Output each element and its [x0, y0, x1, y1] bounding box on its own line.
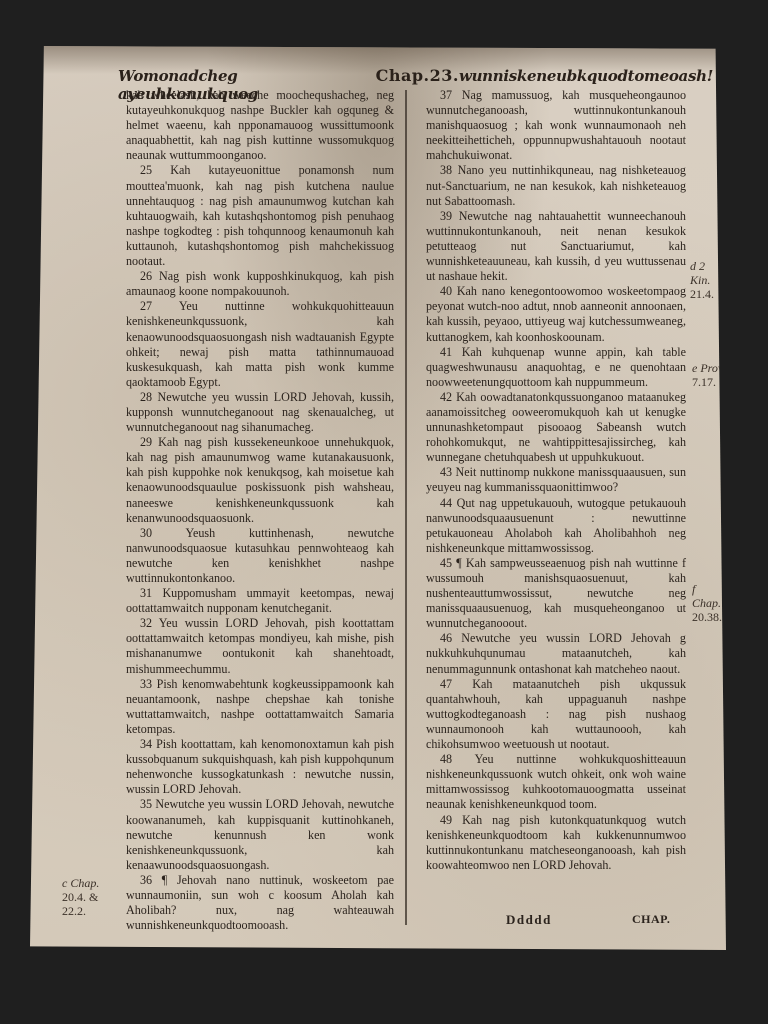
column-rule	[405, 90, 407, 925]
verse-number: 33	[140, 677, 152, 691]
verse: 35 Newutche yeu wussin LORD Jehovah, new…	[126, 797, 394, 872]
verse-text: Yeu nuttinne wohkukquoshitteauun nishken…	[426, 752, 686, 811]
verse-number: 38	[440, 163, 452, 177]
verse: 43 Neit nuttinomp nukkone manissquaausue…	[426, 465, 686, 495]
page-header: Womonadcheg ayeuhkonukquog Chap.23. wunn…	[118, 66, 713, 90]
verse: 37 Nag mamussuog, kah musqueheongaunoo w…	[426, 88, 686, 163]
left-column: kah wheelash, kah weeche moochequshacheg…	[126, 88, 394, 933]
verse-number: 37	[440, 88, 452, 102]
verse-text: Qut nag uppetukauouh, wutogque petukauou…	[426, 496, 686, 555]
verse-text: Newutche yeu wussin LORD Jehovah, newutc…	[126, 797, 394, 871]
verse: 30 Yeush kuttinhenash, newutche nanwunoo…	[126, 526, 394, 586]
verse-number: 41	[440, 345, 452, 359]
book-page: Womonadcheg ayeuhkonukquog Chap.23. wunn…	[30, 46, 726, 950]
verse-text: Neit nuttinomp nukkone manissquaausuen, …	[426, 465, 686, 494]
verse: 39 Newutche nag nahtauahettit wunneechan…	[426, 209, 686, 284]
verse-text: Yeu nuttinne wohkukquohitteauun kenishke…	[126, 299, 394, 388]
verse-number: 45	[440, 556, 452, 570]
verse: 29 Kah nag pish kussekeneunkooe unnehukq…	[126, 435, 394, 526]
verse: 47 Kah mataanutcheh pish ukqussuk quanta…	[426, 677, 686, 752]
verse-text: Kah nag pish kussekeneunkooe unnehukquok…	[126, 435, 394, 524]
verse-number: 30	[140, 526, 152, 540]
verse-number: 40	[440, 284, 452, 298]
verse-number: 47	[440, 677, 452, 691]
verse-text: Newutche nag nahtauahettit wunneechanouh…	[426, 209, 686, 283]
verse-number: 28	[140, 390, 152, 404]
verse-number: 49	[440, 813, 452, 827]
verse: 28 Newutche yeu wussin LORD Jehovah, kus…	[126, 390, 394, 435]
verse: 49 Kah nag pish kutonkquatunkquog wutch …	[426, 813, 686, 873]
verse-text: Newutche yeu wussin LORD Jehovah, kussih…	[126, 390, 394, 434]
verse-number: 42	[440, 390, 452, 404]
verse-text: Kah mataanutcheh pish ukqussuk quantahwh…	[426, 677, 686, 751]
verse: 32 Yeu wussin LORD Jehovah, pish koottat…	[126, 616, 394, 676]
verse-text: Kah oowadtanatonkqussuonganoo mataanukeg…	[426, 390, 686, 464]
verse-text: Yeush kuttinhenash, newutche nanwunoodsq…	[126, 526, 394, 585]
margin-note-e: e Prov. 7.17.	[692, 361, 725, 389]
verse-text: Nag mamussuog, kah musqueheongaunoo wunn…	[426, 88, 686, 162]
pilcrow-icon: ¶	[162, 873, 177, 887]
verse-number: 35	[140, 797, 152, 811]
verse: kah wheelash, kah weeche moochequshacheg…	[126, 88, 394, 163]
verse-number: 43	[440, 465, 452, 479]
verse: 38 Nano yeu nuttinhikquneau, nag nishket…	[426, 163, 686, 208]
verse-number: 31	[140, 586, 152, 600]
verse-text: Pish kenomwabehtunk kogkeussippamoonk ka…	[126, 677, 394, 736]
verse-text: Kah kuhquenap wunne appin, kah table qua…	[426, 345, 686, 389]
margin-note-c: c Chap. 20.4. & 22.2.	[62, 876, 122, 918]
verse: 46 Newutche yeu wussin LORD Jehovah g nu…	[426, 631, 686, 676]
verse: 25 Kah kutayeuonittue ponamonsh num mout…	[126, 163, 394, 269]
margin-note-f: f Chap. 20.38.	[692, 582, 726, 624]
verse-text: kah wheelash, kah weeche moochequshacheg…	[126, 88, 394, 162]
verse: 44 Qut nag uppetukauouh, wutogque petuka…	[426, 496, 686, 556]
verse: 31 Kuppomusham ummayit keetompas, newaj …	[126, 586, 394, 616]
verse: 27 Yeu nuttinne wohkukquohitteauun kenis…	[126, 299, 394, 390]
verse-number: 46	[440, 631, 452, 645]
verse-text: Nag pish wonk kupposhkinukquog, kah pish…	[126, 269, 394, 298]
verse: 48 Yeu nuttinne wohkukquoshitteauun nish…	[426, 752, 686, 812]
margin-note-d: d 2 Kin. 21.4.	[690, 259, 726, 301]
running-title-right: wunniskeneubkquodtomeoash!	[459, 67, 713, 85]
catchword: CHAP.	[632, 912, 670, 927]
verse: 45 ¶ Kah sampweusseaenuog pish nah wutti…	[426, 556, 686, 631]
verse-text: Kah kutayeuonittue ponamonsh num mouttea…	[126, 163, 394, 268]
right-column: 37 Nag mamussuog, kah musqueheongaunoo w…	[426, 88, 686, 873]
verse-text: Kah sampweusseaenuog pish nah wuttinne f…	[426, 556, 686, 630]
verse: 26 Nag pish wonk kupposhkinukquog, kah p…	[126, 269, 394, 299]
verse-text: Newutche yeu wussin LORD Jehovah g nukku…	[426, 631, 686, 675]
verse-number: 26	[140, 269, 152, 283]
verse: 41 Kah kuhquenap wunne appin, kah table …	[426, 345, 686, 390]
verse-number: 32	[140, 616, 152, 630]
verse: 33 Pish kenomwabehtunk kogkeussippamoonk…	[126, 677, 394, 737]
verse-number: 27	[140, 299, 152, 313]
chapter-heading: Chap.23.	[376, 66, 459, 85]
verse: 40 Kah nano kenegontoowomoo woskeetompao…	[426, 284, 686, 344]
verse-number: 44	[440, 496, 452, 510]
verse-number: 34	[140, 737, 152, 751]
verse: 34 Pish koottattam, kah kenomonoxtamun k…	[126, 737, 394, 797]
signature-mark: Ddddd	[506, 912, 552, 928]
verse-number: 25	[140, 163, 152, 177]
verse-text: Pish koottattam, kah kenomonoxtamun kah …	[126, 737, 394, 796]
pilcrow-icon: ¶	[456, 556, 466, 570]
verse-number: 29	[140, 435, 152, 449]
verse-number: 36	[140, 873, 152, 887]
verse: 42 Kah oowadtanatonkqussuonganoo mataanu…	[426, 390, 686, 465]
verse-text: Yeu wussin LORD Jehovah, pish koottattam…	[126, 616, 394, 675]
verse-text: Kah nag pish kutonkquatunkquog wutch ken…	[426, 813, 686, 872]
verse-number: 48	[440, 752, 452, 766]
verse-text: Nano yeu nuttinhikquneau, nag nishketeau…	[426, 163, 686, 207]
verse-number: 39	[440, 209, 452, 223]
verse: 36 ¶ Jehovah nano nuttinuk, woskeetom pa…	[126, 873, 394, 933]
verse-text: Kuppomusham ummayit keetompas, newaj oot…	[126, 586, 394, 615]
verse-text: Kah nano kenegontoowomoo woskeetompaog p…	[426, 284, 686, 343]
